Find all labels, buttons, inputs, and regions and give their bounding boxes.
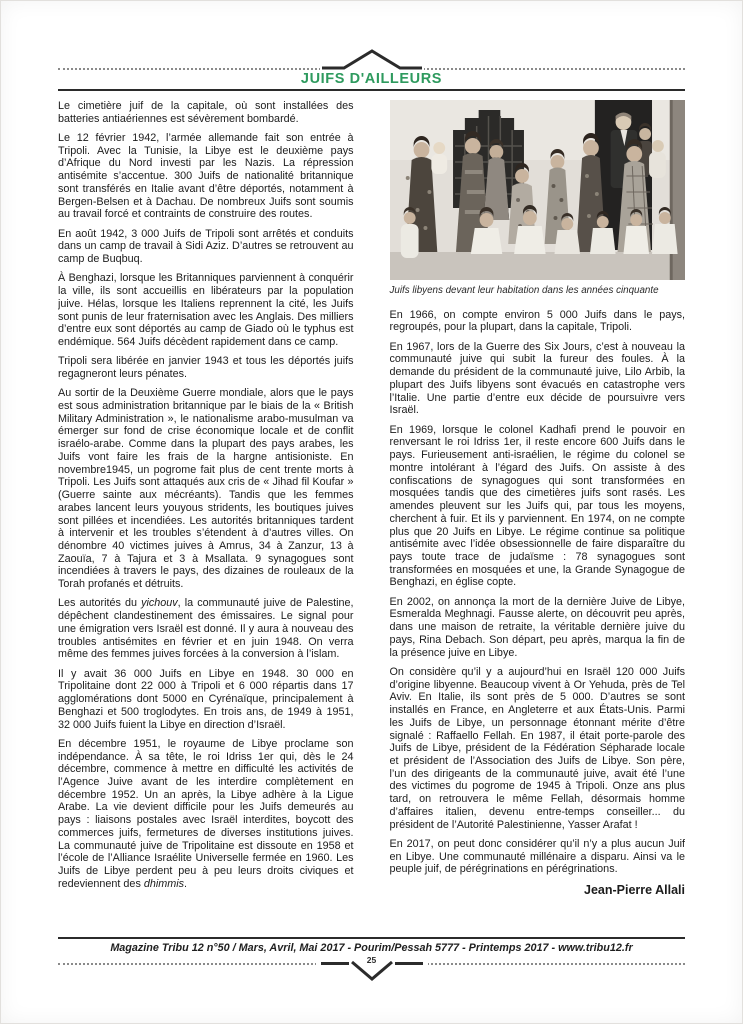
text-segment: En décembre 1951, le royaume de Libye pr… <box>58 738 354 890</box>
group-photo <box>390 100 686 280</box>
article-body: Le cimetière juif de la capitale, où son… <box>58 100 685 934</box>
magazine-page: JUIFS D'AILLEURS Le cimetière juif de la… <box>0 0 743 1024</box>
paragraph: En 1969, lorsque le colonel Kadhafi pren… <box>390 424 686 590</box>
paragraph: En 2002, on annonça la mort de la derniè… <box>390 596 686 660</box>
star-bottom-icon: 25 <box>349 956 395 982</box>
paragraph: Il y avait 36 000 Juifs en Libye en 1948… <box>58 668 354 732</box>
paragraph: Tripoli sera libérée en janvier 1943 et … <box>58 355 354 380</box>
italic-term: yichouv <box>141 597 178 609</box>
marker-bar-right <box>395 962 423 965</box>
paragraph: En 2017, on peut donc considérer qu’il n… <box>390 838 686 876</box>
paragraph: En 1966, on compte environ 5 000 Juifs d… <box>390 309 686 334</box>
star-top-icon <box>1 47 742 71</box>
paragraph: En août 1942, 3 000 Juifs de Tripoli son… <box>58 228 354 266</box>
footer-rule <box>58 937 685 939</box>
paragraph: On considère qu’il y a aujourd’hui en Is… <box>390 666 686 832</box>
footer-text: Magazine Tribu 12 n°50 / Mars, Avril, Ma… <box>58 942 685 954</box>
page-number-marker: 25 <box>316 956 428 982</box>
italic-term: dhimmis <box>144 878 184 890</box>
page-number: 25 <box>367 956 376 965</box>
marker-bar-left <box>321 962 349 965</box>
text-segment: . <box>184 878 187 890</box>
author-signature: Jean-Pierre Allali <box>390 883 686 898</box>
article-figure: Juifs libyens devant leur habitation dan… <box>390 100 686 297</box>
paragraph: Le 12 février 1942, l’armée allemande fa… <box>58 132 354 221</box>
paragraph: En décembre 1951, le royaume de Libye pr… <box>58 738 354 891</box>
paragraph: Les autorités du yichouv, la communauté … <box>58 597 354 661</box>
header-rule <box>58 89 685 91</box>
right-column: Juifs libyens devant leur habitation dan… <box>390 100 686 934</box>
paragraph: À Benghazi, lorsque les Britanniques par… <box>58 272 354 348</box>
text-segment: Les autorités du <box>58 597 141 609</box>
paragraph: Le cimetière juif de la capitale, où son… <box>58 100 354 125</box>
paragraph: En 1967, lors de la Guerre des Six Jours… <box>390 341 686 417</box>
left-column: Le cimetière juif de la capitale, où son… <box>58 100 354 934</box>
page-title: JUIFS D'AILLEURS <box>1 71 742 87</box>
photo-caption: Juifs libyens devant leur habitation dan… <box>390 285 686 297</box>
paragraph: Au sortir de la Deuxième Guerre mondiale… <box>58 387 354 591</box>
